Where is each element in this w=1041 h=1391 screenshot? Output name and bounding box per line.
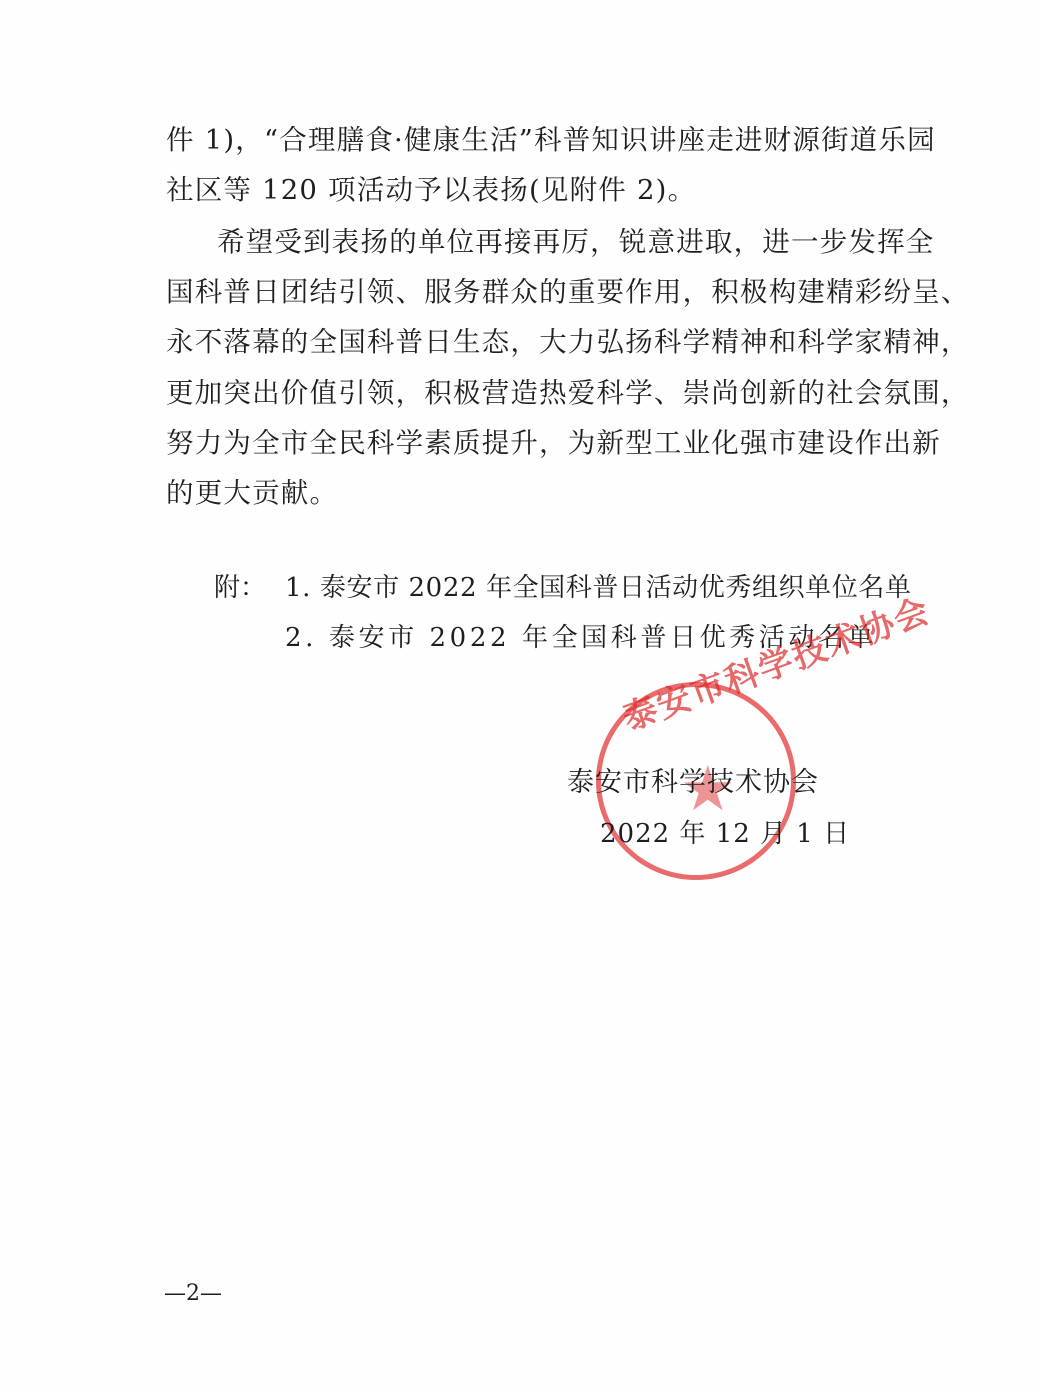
body-line-3: 希望受到表扬的单位再接再厉，锐意进取，进一步发挥全 bbox=[217, 222, 935, 262]
body-line-5: 永不落幕的全国科普日生态，大力弘扬科学精神和科学家精神， bbox=[166, 322, 970, 362]
document-page: 件 1)，“合理膳食·健康生活”科普知识讲座走进财源街道乐园 社区等 120 项… bbox=[0, 0, 1041, 1391]
attachments-label: 附： bbox=[214, 568, 266, 608]
body-line-7: 努力为全市全民科学素质提升，为新型工业化强市建设作出新 bbox=[166, 423, 941, 463]
body-line-2: 社区等 120 项活动予以表扬(见附件 2)。 bbox=[166, 170, 696, 210]
body-line-6: 更加突出价值引领，积极营造热爱科学、崇尚创新的社会氛围， bbox=[166, 373, 970, 413]
body-line-8: 的更大贡献。 bbox=[166, 473, 338, 513]
body-line-1: 件 1)，“合理膳食·健康生活”科普知识讲座走进财源街道乐园 bbox=[166, 120, 936, 160]
body-line-4: 国科普日团结引领、服务群众的重要作用，积极构建精彩纷呈、 bbox=[166, 272, 970, 312]
attachment-item-1: 1. 泰安市 2022 年全国科普日活动优秀组织单位名单 bbox=[285, 568, 912, 608]
page-number: —2— bbox=[164, 1279, 222, 1309]
signature-organization: 泰安市科学技术协会 bbox=[567, 763, 819, 803]
signature-date: 2022 年 12 月 1 日 bbox=[600, 814, 850, 854]
